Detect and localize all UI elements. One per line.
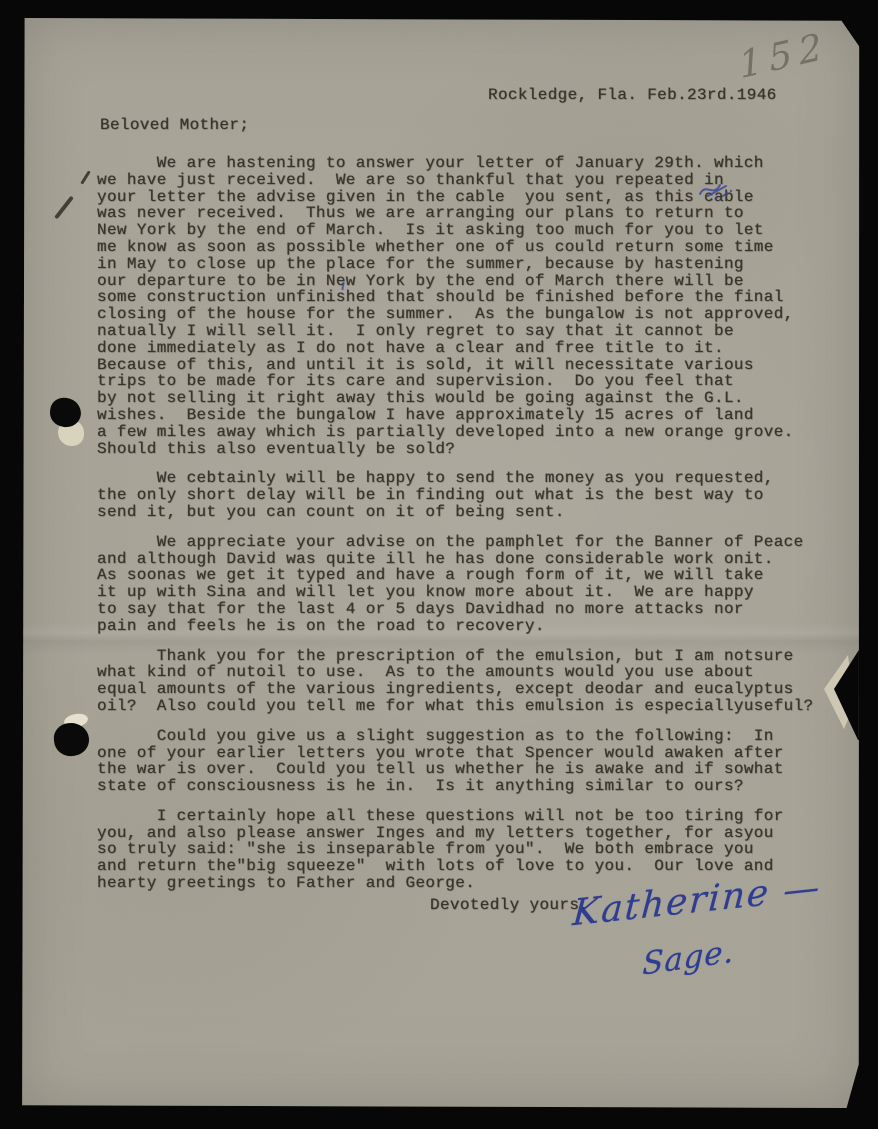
pencil-page-number: 152 (737, 24, 832, 88)
paper-sheet: 152 Rockledge, Fla. Feb.23rd.1946 Belove… (20, 18, 860, 1108)
letter-body: We are hastening to answer your letter o… (97, 155, 814, 892)
blue-ink-scribble (696, 174, 748, 204)
letter-paragraph: We appreciate your advise on the pamphle… (97, 534, 814, 635)
salutation: Beloved Mother; (100, 116, 249, 134)
letter-paragraph: Thank you for the prescription of the em… (97, 648, 814, 715)
punch-hole (52, 721, 90, 757)
pencil-tick-mark (54, 196, 74, 220)
scanned-letter-page: 152 Rockledge, Fla. Feb.23rd.1946 Belove… (0, 0, 878, 1129)
signature-line-2: Sage. (642, 933, 735, 982)
letter-paragraph: We cebtainly will be happy to send the m… (97, 470, 814, 520)
torn-edge-notch (824, 645, 862, 740)
dateline: Rockledge, Fla. Feb.23rd.1946 (488, 86, 777, 104)
letter-paragraph: Could you give us a slight suggestion as… (97, 728, 814, 795)
pencil-tick-mark (80, 170, 90, 184)
closing: Devotedly yours, (430, 896, 589, 914)
